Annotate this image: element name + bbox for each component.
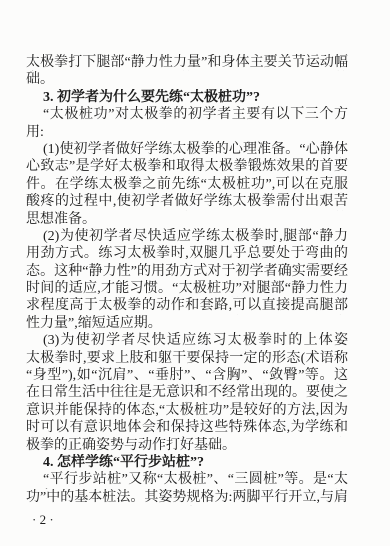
text-line: 时间的适应,才能习惯。“太极桩功”对腿部“静力性力量”的要 — [26, 280, 348, 297]
text-line: (2)为使初学者尽快适应学练太极拳时,腿部“静力性”的 — [26, 228, 348, 245]
text-line: 思想准备。 — [26, 211, 348, 228]
text-line: 时可以有意识地体会和保持这些特殊体态,为学练和掌握太 — [26, 419, 348, 436]
text-line: 酸疼的过程中,使初学者做好学练太极拳需付出艰苦努力的 — [26, 193, 348, 210]
text-line: 性力量”,缩短适应期。 — [26, 315, 348, 332]
text-line: 太极拳时,要求上肢和躯干要保持一定的形态(术语称之为 — [26, 350, 348, 367]
text-line: 太极拳打下腿部“静力性力量”和身体主要关节运动幅度的基 — [26, 54, 348, 71]
book-page: 太极拳打下腿部“静力性力量”和身体主要关节运动幅度的基础。3. 初学者为什么要先… — [0, 0, 390, 546]
text-line: “平行步站桩”又称“太极桩”、“三圆桩”等。是“太极拳桩 — [26, 471, 348, 488]
section-heading: 3. 初学者为什么要先练“太极桩功”? — [26, 89, 348, 106]
text-line: “身型”),如“沉肩”、“垂肘”、“含胸”、“敛臀”等。这些上体姿势 — [26, 367, 348, 384]
text-line: (3)为使初学者尽快适应练习太极拳时的上体姿势。练习 — [26, 332, 348, 349]
text-line: 求程度高于太极拳的动作和套路,可以直接提高腿部的“静力 — [26, 297, 348, 314]
text-line: 础。 — [26, 71, 348, 88]
text-line: (1)使初学者做好学练太极拳的心理准备。“心静体松,专 — [26, 141, 348, 158]
text-line: 意识并能保持的体态,“太极桩功”是较好的方法,因为在站桩 — [26, 402, 348, 419]
text-line: 极拳的正确姿势与动作打好基础。 — [26, 437, 348, 454]
text-line: “太极桩功”对太极拳的初学者主要有以下三个方面的作 — [26, 106, 348, 123]
text-line: 件。在学练太极拳之前先练“太极桩功”,可以在克服腿部肌肉 — [26, 176, 348, 193]
page-number: · 2 · — [32, 512, 54, 528]
text-line: 态。这种“静力性”的用劲方式对于初学者确实需要经过一定 — [26, 263, 348, 280]
text-line: 功”中的基本桩法。其姿势规格为:两脚平行开立,与肩同宽; — [26, 489, 348, 506]
text-line: 心致志”是学好太极拳和取得太极拳锻炼效果的首要心理条 — [26, 158, 348, 175]
text-line: 在日常生活中往往是无意识和不经常出现的。要使之成为有 — [26, 384, 348, 401]
section-heading: 4. 怎样学练“平行步站桩”? — [26, 454, 348, 471]
text-line: 用: — [26, 124, 348, 141]
page-text: 太极拳打下腿部“静力性力量”和身体主要关节运动幅度的基础。3. 初学者为什么要先… — [26, 54, 348, 506]
text-line: 用劲方式。练习太极拳时,双腿几乎总要处于弯曲的半蹲状 — [26, 245, 348, 262]
